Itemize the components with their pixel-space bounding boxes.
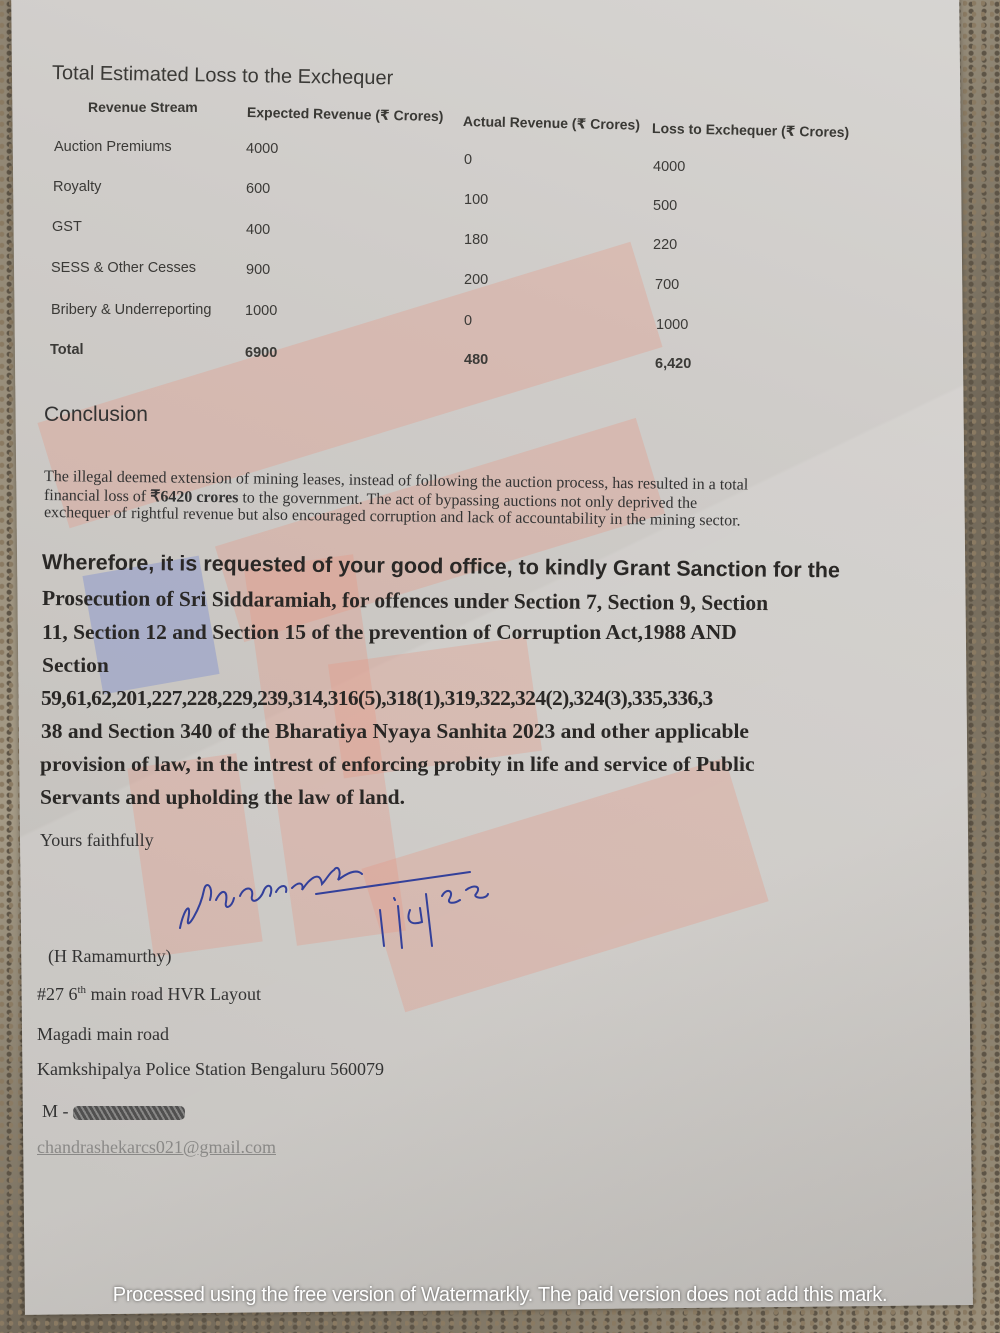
header-loss: Loss to Exchequer (₹ Crores) [652, 120, 850, 141]
watermarkly-watermark: Processed using the free version of Wate… [0, 1284, 1000, 1307]
cell-stream: GST [52, 219, 82, 235]
cell-stream: Royalty [53, 179, 101, 195]
request-line-8: Servants and upholding the law of land. [40, 785, 405, 810]
address-line-1: #27 6th main road HVR Layout [37, 984, 261, 1005]
mobile-label: M - [42, 1101, 69, 1121]
header-actual-revenue: Actual Revenue (₹ Crores) [463, 113, 640, 134]
cell-loss: 4000 [653, 159, 685, 175]
cell-total-actual: 480 [464, 352, 488, 368]
cell-total-expected: 6900 [245, 345, 277, 361]
cell-expected: 400 [246, 222, 270, 238]
address-ordinal: th [78, 984, 87, 996]
signature-icon: 1/4/25 [170, 850, 530, 960]
conclusion-heading: Conclusion [44, 403, 148, 427]
header-expected-revenue: Expected Revenue (₹ Crores) [247, 104, 444, 125]
request-line-6: 38 and Section 340 of the Bharatiya Nyay… [41, 719, 749, 744]
cell-expected: 900 [246, 262, 270, 278]
cell-loss: 1000 [656, 317, 688, 333]
cell-loss: 700 [655, 277, 679, 293]
cell-actual: 0 [464, 152, 472, 168]
request-line-7: provision of law, in the intrest of enfo… [40, 752, 755, 777]
cell-stream: Auction Premiums [54, 139, 172, 155]
loss-amount: ₹6420 crores [150, 488, 238, 506]
cell-stream: SESS & Other Cesses [51, 260, 196, 276]
cell-actual: 180 [464, 232, 488, 248]
cell-total-label: Total [50, 342, 84, 358]
request-line-3: 11, Section 12 and Section 15 of the pre… [42, 620, 737, 645]
redacted-phone [73, 1106, 185, 1120]
conclusion-text: financial loss of [44, 487, 150, 505]
table-title: Total Estimated Loss to the Exchequer [52, 62, 394, 90]
address-street: main road HVR Layout [86, 984, 261, 1004]
address-line-3: Kamkshipalya Police Station Bengaluru 56… [37, 1059, 384, 1080]
request-line-5: 59,61,62,201,227,228,229,239,314,316(5),… [41, 686, 713, 711]
request-line-4: Section [42, 653, 109, 678]
document-content: Total Estimated Loss to the Exchequer Re… [0, 0, 1000, 1333]
cell-actual: 100 [464, 192, 488, 208]
address-number: #27 6 [37, 984, 78, 1004]
header-revenue-stream: Revenue Stream [88, 99, 198, 115]
cell-actual: 200 [464, 272, 488, 288]
cell-stream: Bribery & Underreporting [51, 302, 211, 318]
cell-loss: 220 [653, 237, 677, 253]
cell-total-loss: 6,420 [655, 356, 691, 372]
cell-expected: 1000 [245, 303, 277, 319]
request-line-2: Prosecution of Sri Siddaramiah, for offe… [42, 586, 768, 616]
address-line-2: Magadi main road [37, 1024, 169, 1045]
cell-loss: 500 [653, 198, 677, 214]
cell-expected: 600 [246, 181, 270, 197]
email-link[interactable]: chandrashekarcs021@gmail.com [37, 1137, 276, 1158]
request-line-1: Wherefore, it is requested of your good … [42, 550, 840, 583]
signatory-name: (H Ramamurthy) [48, 946, 171, 967]
cell-actual: 0 [464, 313, 472, 329]
cell-expected: 4000 [246, 141, 278, 157]
mobile-line: M - [42, 1101, 185, 1122]
closing: Yours faithfully [40, 830, 154, 851]
